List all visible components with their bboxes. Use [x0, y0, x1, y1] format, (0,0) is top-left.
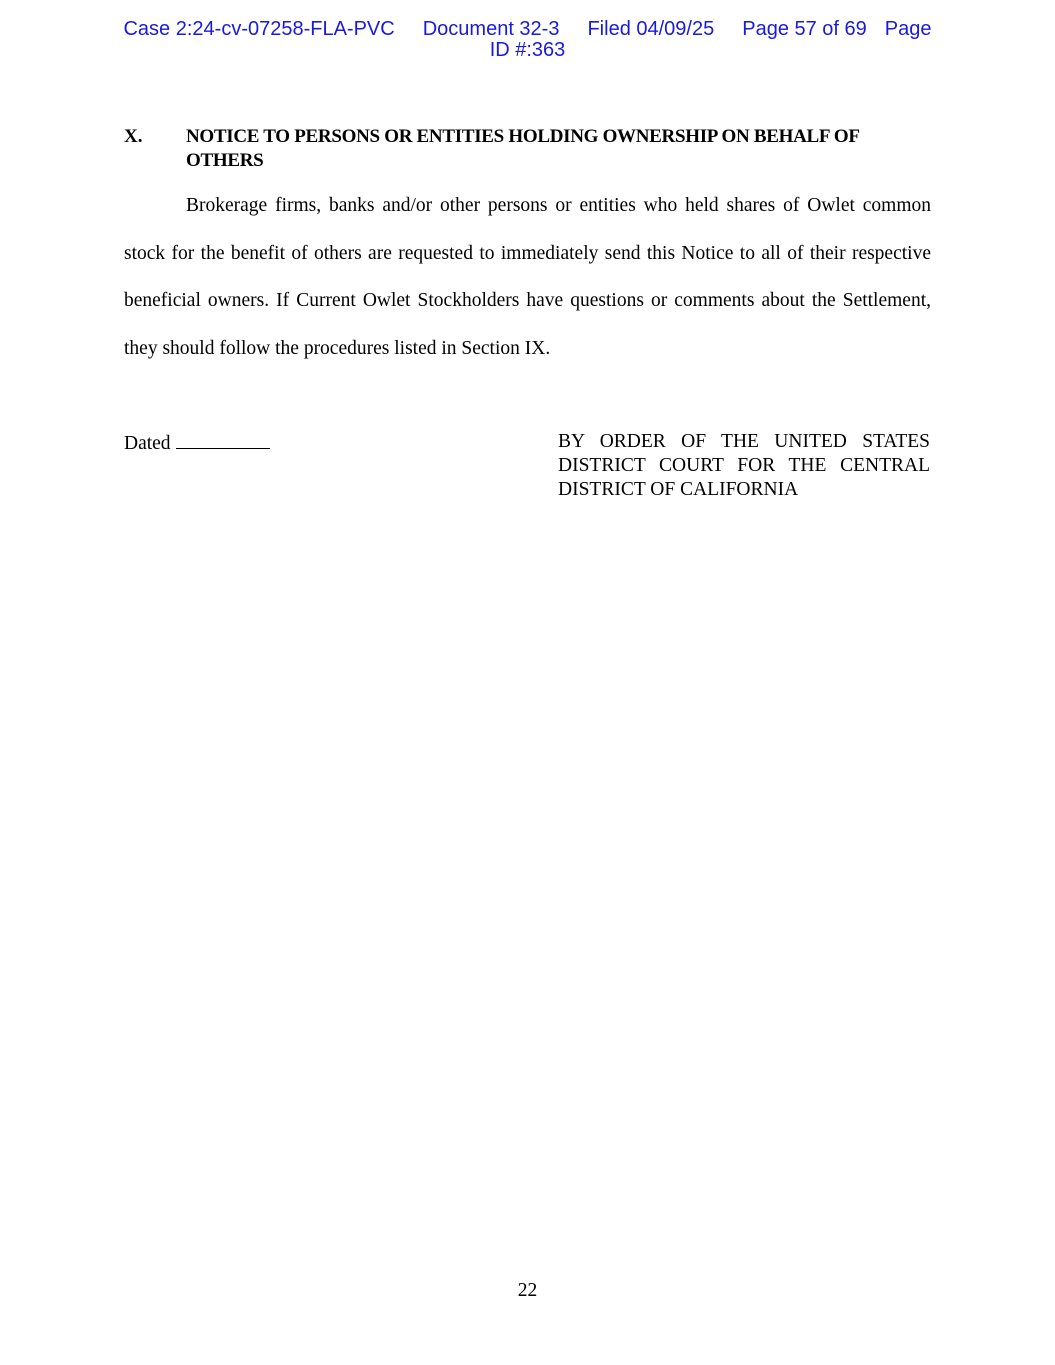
case-number: Case 2:24-cv-07258-FLA-PVC: [123, 19, 394, 40]
order-line-2: DISTRICT COURT FOR THE CENTRAL: [558, 454, 930, 478]
page-id-label: Page: [885, 19, 932, 40]
section-body: Brokerage firms, banks and/or other pers…: [124, 182, 931, 372]
dated-line: Dated: [124, 430, 270, 456]
court-order-block: BY ORDER OF THE UNITED STATES DISTRICT C…: [558, 430, 930, 502]
order-line-1: BY ORDER OF THE UNITED STATES: [558, 430, 930, 454]
filed-date: Filed 04/09/25: [587, 19, 714, 40]
ecf-header: Case 2:24-cv-07258-FLA-PVCDocument 32-3F…: [0, 19, 1055, 61]
page-id: ID #:363: [0, 40, 1055, 61]
page-number: 22: [0, 1280, 1055, 1302]
section-title: NOTICE TO PERSONS OR ENTITIES HOLDING OW…: [186, 125, 934, 173]
section-heading: X. NOTICE TO PERSONS OR ENTITIES HOLDING…: [124, 125, 934, 173]
page-of: Page 57 of 69: [742, 19, 867, 40]
section-number: X.: [124, 125, 142, 149]
date-blank: [176, 430, 270, 449]
dated-label: Dated: [124, 433, 171, 454]
order-line-3: DISTRICT OF CALIFORNIA: [558, 478, 930, 502]
ecf-header-line-1: Case 2:24-cv-07258-FLA-PVCDocument 32-3F…: [0, 19, 1055, 40]
document-number: Document 32-3: [423, 19, 560, 40]
